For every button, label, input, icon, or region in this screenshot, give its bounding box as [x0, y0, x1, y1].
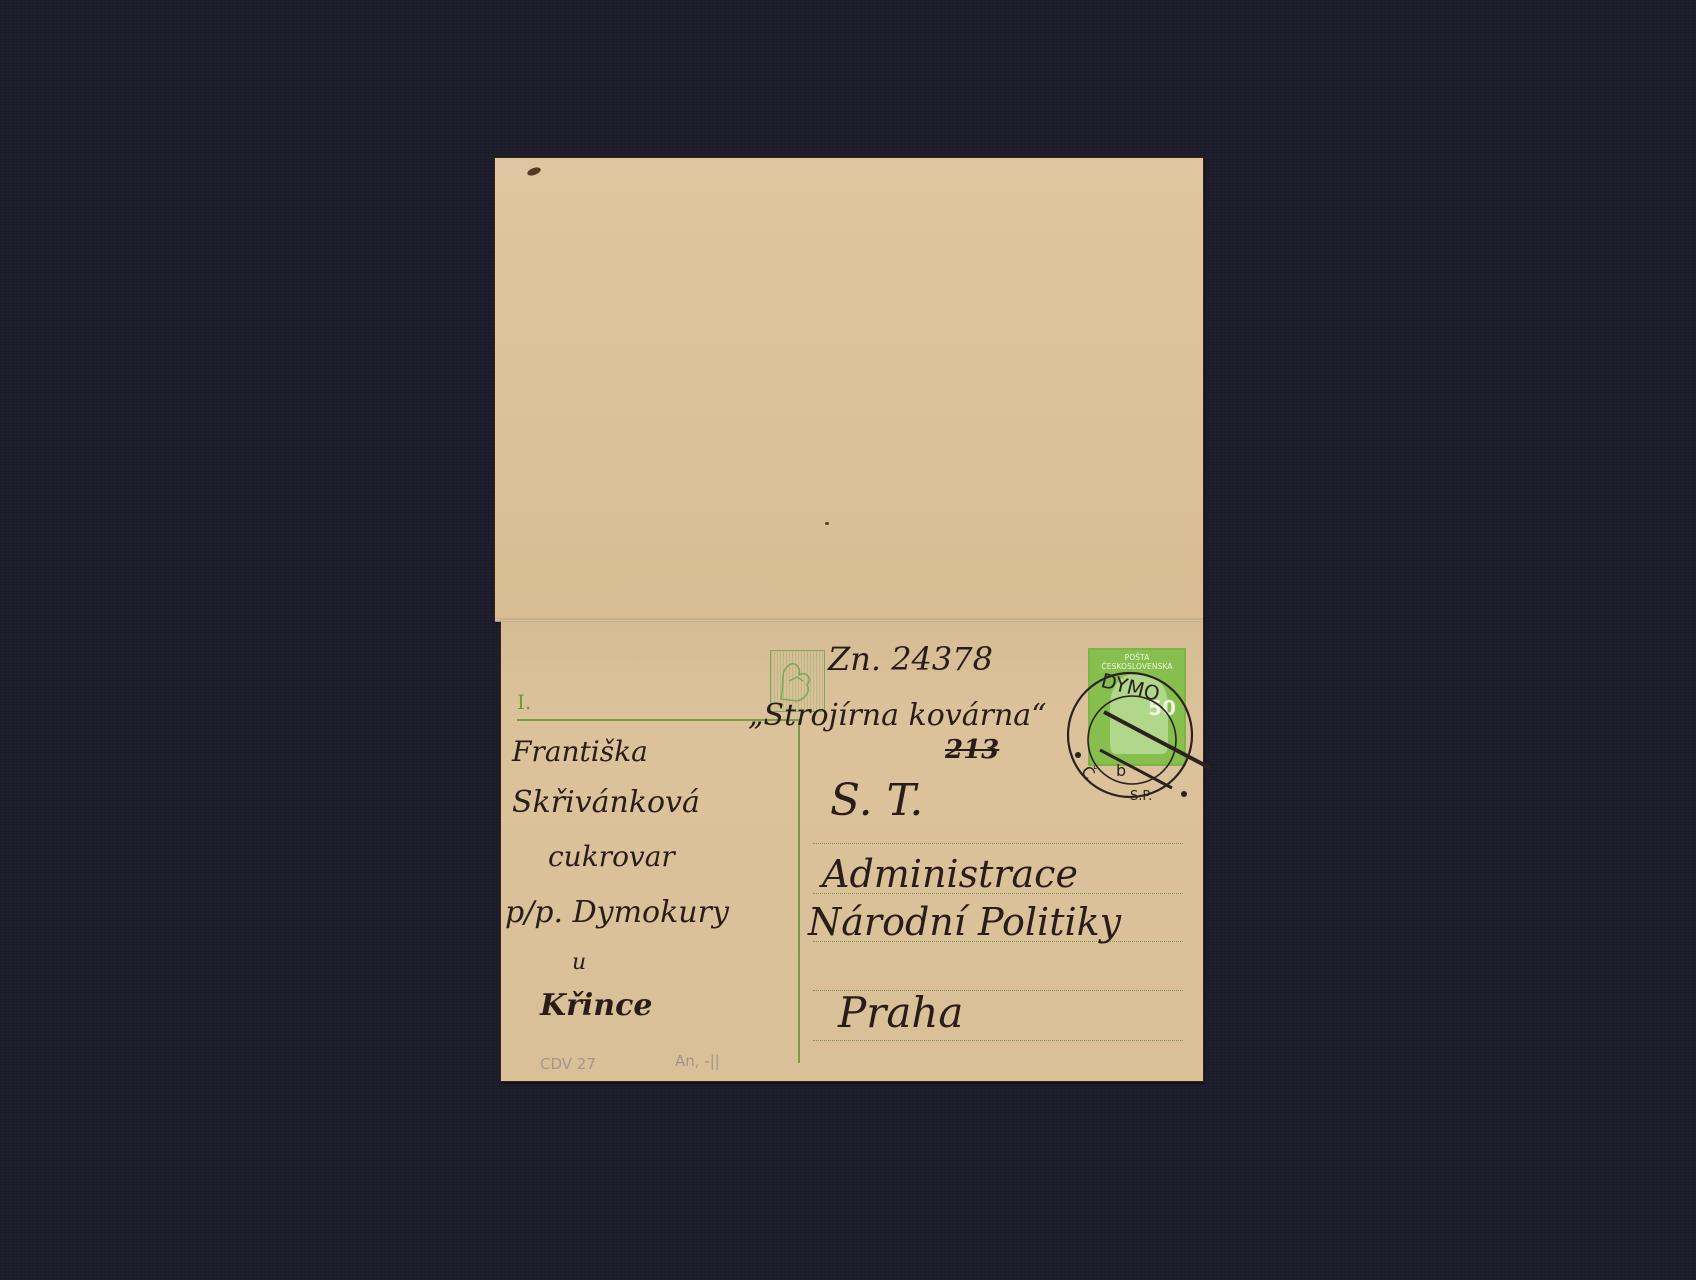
address-line-recipient: Administrace — [822, 852, 1078, 896]
reference-number: Zn. 24378 — [828, 640, 993, 678]
address-line-5 — [813, 1040, 1183, 1041]
postmark-icon: DYMO b Č S.P. — [1060, 650, 1210, 820]
svg-text:b: b — [1116, 761, 1126, 780]
address-line-city: Praha — [838, 988, 963, 1037]
sender-line-2: Skřivánková — [512, 785, 700, 820]
sender-line-3: cukrovar — [548, 840, 675, 873]
reply-card-half — [495, 158, 1203, 620]
pencil-note-catalog: CDV 27 — [540, 1055, 596, 1073]
sender-line-6: Křince — [540, 988, 652, 1023]
address-line-newspaper: Národní Politiky — [808, 900, 1121, 944]
fold-line — [495, 618, 1203, 622]
address-line-salutation: S. T. — [830, 775, 923, 826]
ink-speck — [825, 522, 829, 525]
svg-text:DYMO: DYMO — [1099, 668, 1163, 706]
address-line-1 — [813, 843, 1183, 844]
card-part-mark: I. — [517, 690, 531, 714]
sender-line-4: p/p. Dymokury — [505, 895, 729, 930]
sender-line-5: u — [572, 950, 586, 975]
reference-company: „Strojírna kovárna“ — [748, 698, 1047, 733]
pencil-note-price: An, -|| — [675, 1052, 720, 1070]
sender-line-1: Františka — [512, 735, 648, 768]
ink-stain — [526, 166, 542, 177]
reference-struck-number: 213 — [945, 735, 999, 765]
address-divider-line — [798, 719, 800, 1063]
svg-text:S.P.: S.P. — [1130, 789, 1152, 804]
